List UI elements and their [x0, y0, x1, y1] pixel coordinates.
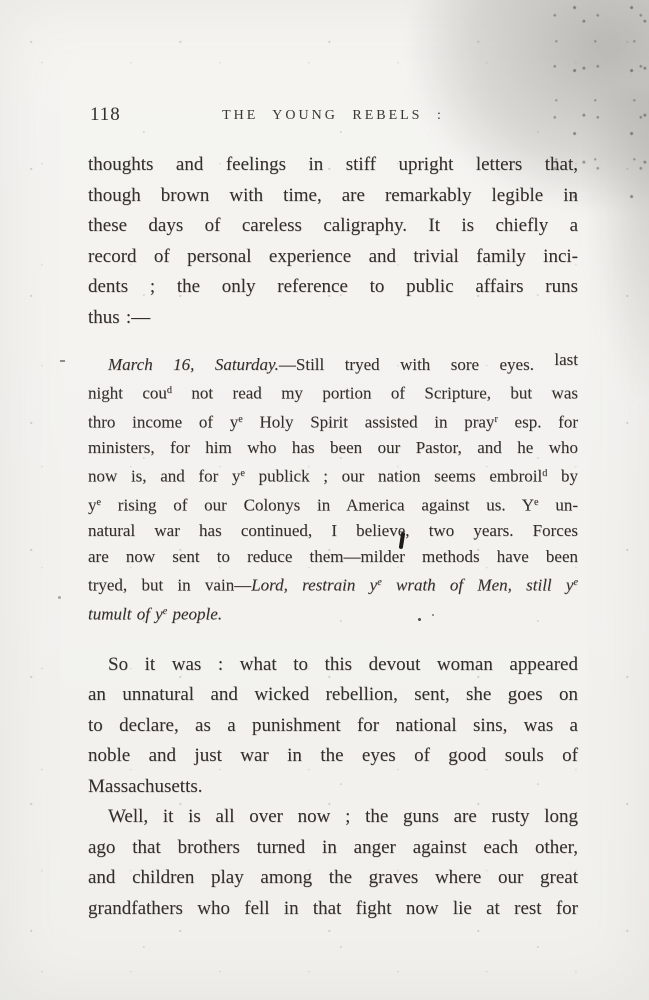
margin-mark [60, 360, 65, 362]
paragraph-commentary: So it was : what to this devout woman ap… [88, 650, 578, 803]
text-line: tryed, but in vain—Lord, restrain ye wra… [88, 570, 578, 599]
text-line: dents ; the only reference to public aff… [88, 272, 578, 303]
text-line: natural war has continued, I believe, tw… [88, 518, 578, 544]
text-line: thoughts and feelings in stiff upright l… [88, 150, 578, 181]
text-line: tumult of ye people. [88, 599, 578, 628]
page-content: thoughts and feelings in stiff upright l… [88, 150, 578, 924]
text-line: ye rising of our Colonys in America agai… [88, 490, 578, 519]
text-line: March 16, Saturday.—Still tryed with sor… [88, 352, 578, 378]
ink-speck [432, 614, 434, 616]
running-title: THE YOUNG REBELS : [88, 108, 578, 124]
text-line: night coud not read my portion of Script… [88, 378, 578, 407]
text-line: an unnatural and wicked rebellion, sent,… [88, 680, 578, 711]
text-line: thro income of ye Holy Spirit assisted i… [88, 407, 578, 436]
text-line: are now sent to reduce them—milder metho… [88, 544, 578, 570]
text-line: ministers, for him who has been our Past… [88, 435, 578, 461]
text-line: Well, it is all over now ; the guns are … [88, 802, 578, 833]
text-line: now is, and for ye publick ; our nation … [88, 461, 578, 490]
text-line: record of personal experience and trivia… [88, 242, 578, 273]
margin-mark [58, 596, 61, 599]
ink-speck [418, 618, 421, 621]
text-line: though brown with time, are remarkably l… [88, 181, 578, 212]
text-line: these days of careless caligraphy. It is… [88, 211, 578, 242]
paper-smudge-right-edge [587, 90, 649, 410]
text-line: thus :— [88, 303, 578, 334]
text-line: Massachusetts. [88, 772, 578, 803]
text-line: noble and just war in the eyes of good s… [88, 741, 578, 772]
paragraph-closing: Well, it is all over now ; the guns are … [88, 802, 578, 924]
text-line: to declare, as a punishment for national… [88, 711, 578, 742]
diary-entry-quote: March 16, Saturday.—Still tryed with sor… [88, 352, 578, 628]
text-line: ago that brothers turned in anger agains… [88, 833, 578, 864]
text-line: grandfathers who fell in that fight now … [88, 894, 578, 925]
page-header: 118 THE YOUNG REBELS : [88, 104, 578, 130]
text-line: So it was : what to this devout woman ap… [88, 650, 578, 681]
paragraph-opening: thoughts and feelings in stiff upright l… [88, 150, 578, 333]
text-line: and children play among the graves where… [88, 863, 578, 894]
scanned-book-page: 118 THE YOUNG REBELS : thoughts and feel… [0, 0, 649, 1000]
